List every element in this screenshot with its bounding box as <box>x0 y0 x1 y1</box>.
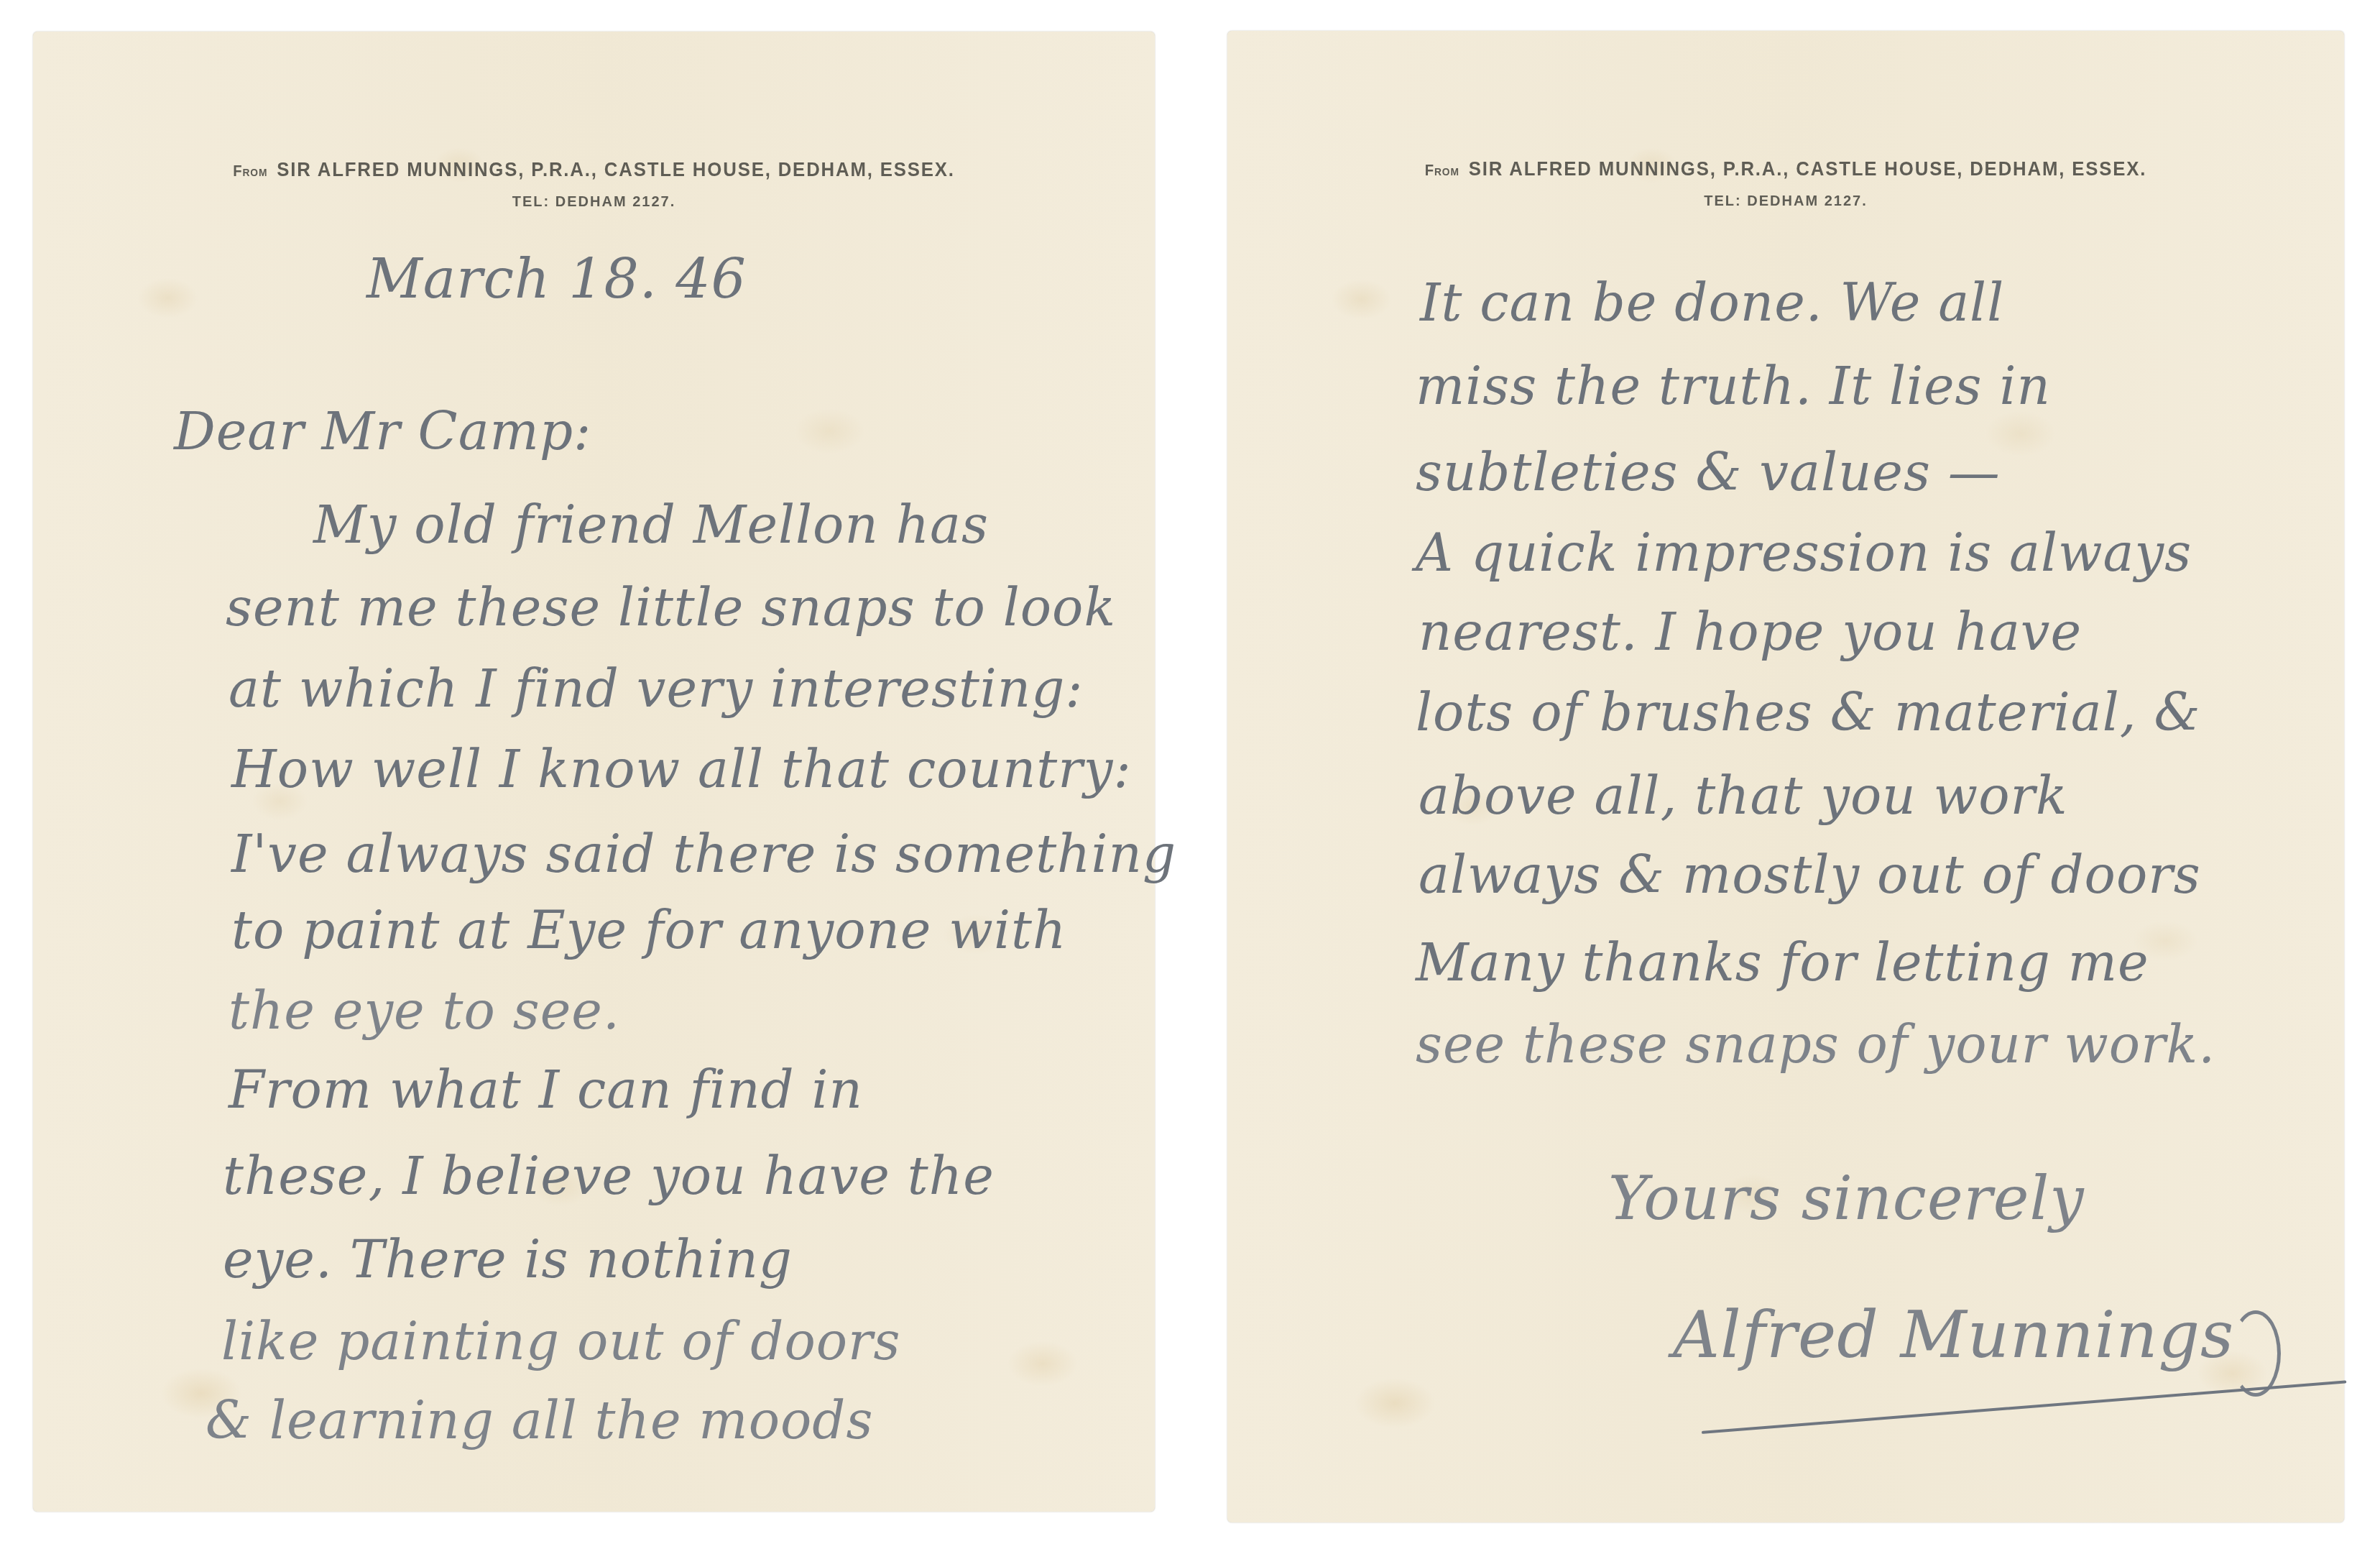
letterhead-address-text: SIR ALFRED MUNNINGS, P.R.A., CASTLE HOUS… <box>277 158 955 180</box>
letter-line: miss the truth. It lies in <box>1416 360 2051 412</box>
letterhead-from-word: From <box>233 162 267 180</box>
letter-line: sent me these little snaps to look <box>226 582 1116 633</box>
letter-line: A quick impression is always <box>1416 527 2192 579</box>
letter-date: March 18. 46 <box>366 252 747 306</box>
letter-line: to paint at Eye for anyone with <box>231 904 1066 956</box>
letter-page-2: FromSIR ALFRED MUNNINGS, P.R.A., CASTLE … <box>1227 31 2344 1522</box>
letter-line: always & mostly out of doors <box>1419 849 2201 901</box>
letter-line: see these snaps of your work. <box>1416 1019 2215 1070</box>
signature-underline <box>1702 1380 2347 1434</box>
letter-line: subtleties & values — <box>1416 446 2001 498</box>
letterhead-telephone: TEL: DEDHAM 2127. <box>33 194 1155 211</box>
signature-flourish-icon <box>2231 1310 2281 1397</box>
letterhead-address: FromSIR ALFRED MUNNINGS, P.R.A., CASTLE … <box>78 158 1110 181</box>
letter-line: It can be done. We all <box>1420 277 2004 328</box>
letterhead-telephone: TEL: DEDHAM 2127. <box>1227 193 2344 210</box>
letter-line: above all, that you work <box>1419 770 2068 822</box>
letterhead-address-text: SIR ALFRED MUNNINGS, P.R.A., CASTLE HOUS… <box>1469 157 2147 180</box>
letter-line: like painting out of doors <box>221 1315 900 1367</box>
letter-closing: Yours sincerely <box>1608 1168 2085 1228</box>
letter-salutation: Dear Mr Camp: <box>174 405 591 457</box>
letter-signature: Alfred Munnings <box>1673 1303 2234 1368</box>
letter-line: My old friend Mellon has <box>313 499 989 551</box>
letter-line: at which I find very interesting: <box>229 663 1084 714</box>
letterhead-from-word: From <box>1425 161 1459 179</box>
letter-line: lots of brushes & material, & <box>1416 686 2201 738</box>
letter-line: From what I can find in <box>229 1064 863 1116</box>
letter-page-1: FromSIR ALFRED MUNNINGS, P.R.A., CASTLE … <box>33 32 1155 1512</box>
letter-line: How well I know all that country: <box>231 743 1132 795</box>
letter-line: Many thanks for letting me <box>1416 937 2149 988</box>
letter-line: the eye to see. <box>229 985 620 1037</box>
letter-line: & learning all the moods <box>206 1394 873 1446</box>
letter-line: I've always said there is something <box>231 828 1176 880</box>
letterhead-address: FromSIR ALFRED MUNNINGS, P.R.A., CASTLE … <box>1272 157 2300 180</box>
letter-line: eye. There is nothing <box>223 1233 793 1285</box>
letter-line: nearest. I hope you have <box>1419 606 2082 658</box>
letter-line: these, I believe you have the <box>223 1150 995 1202</box>
